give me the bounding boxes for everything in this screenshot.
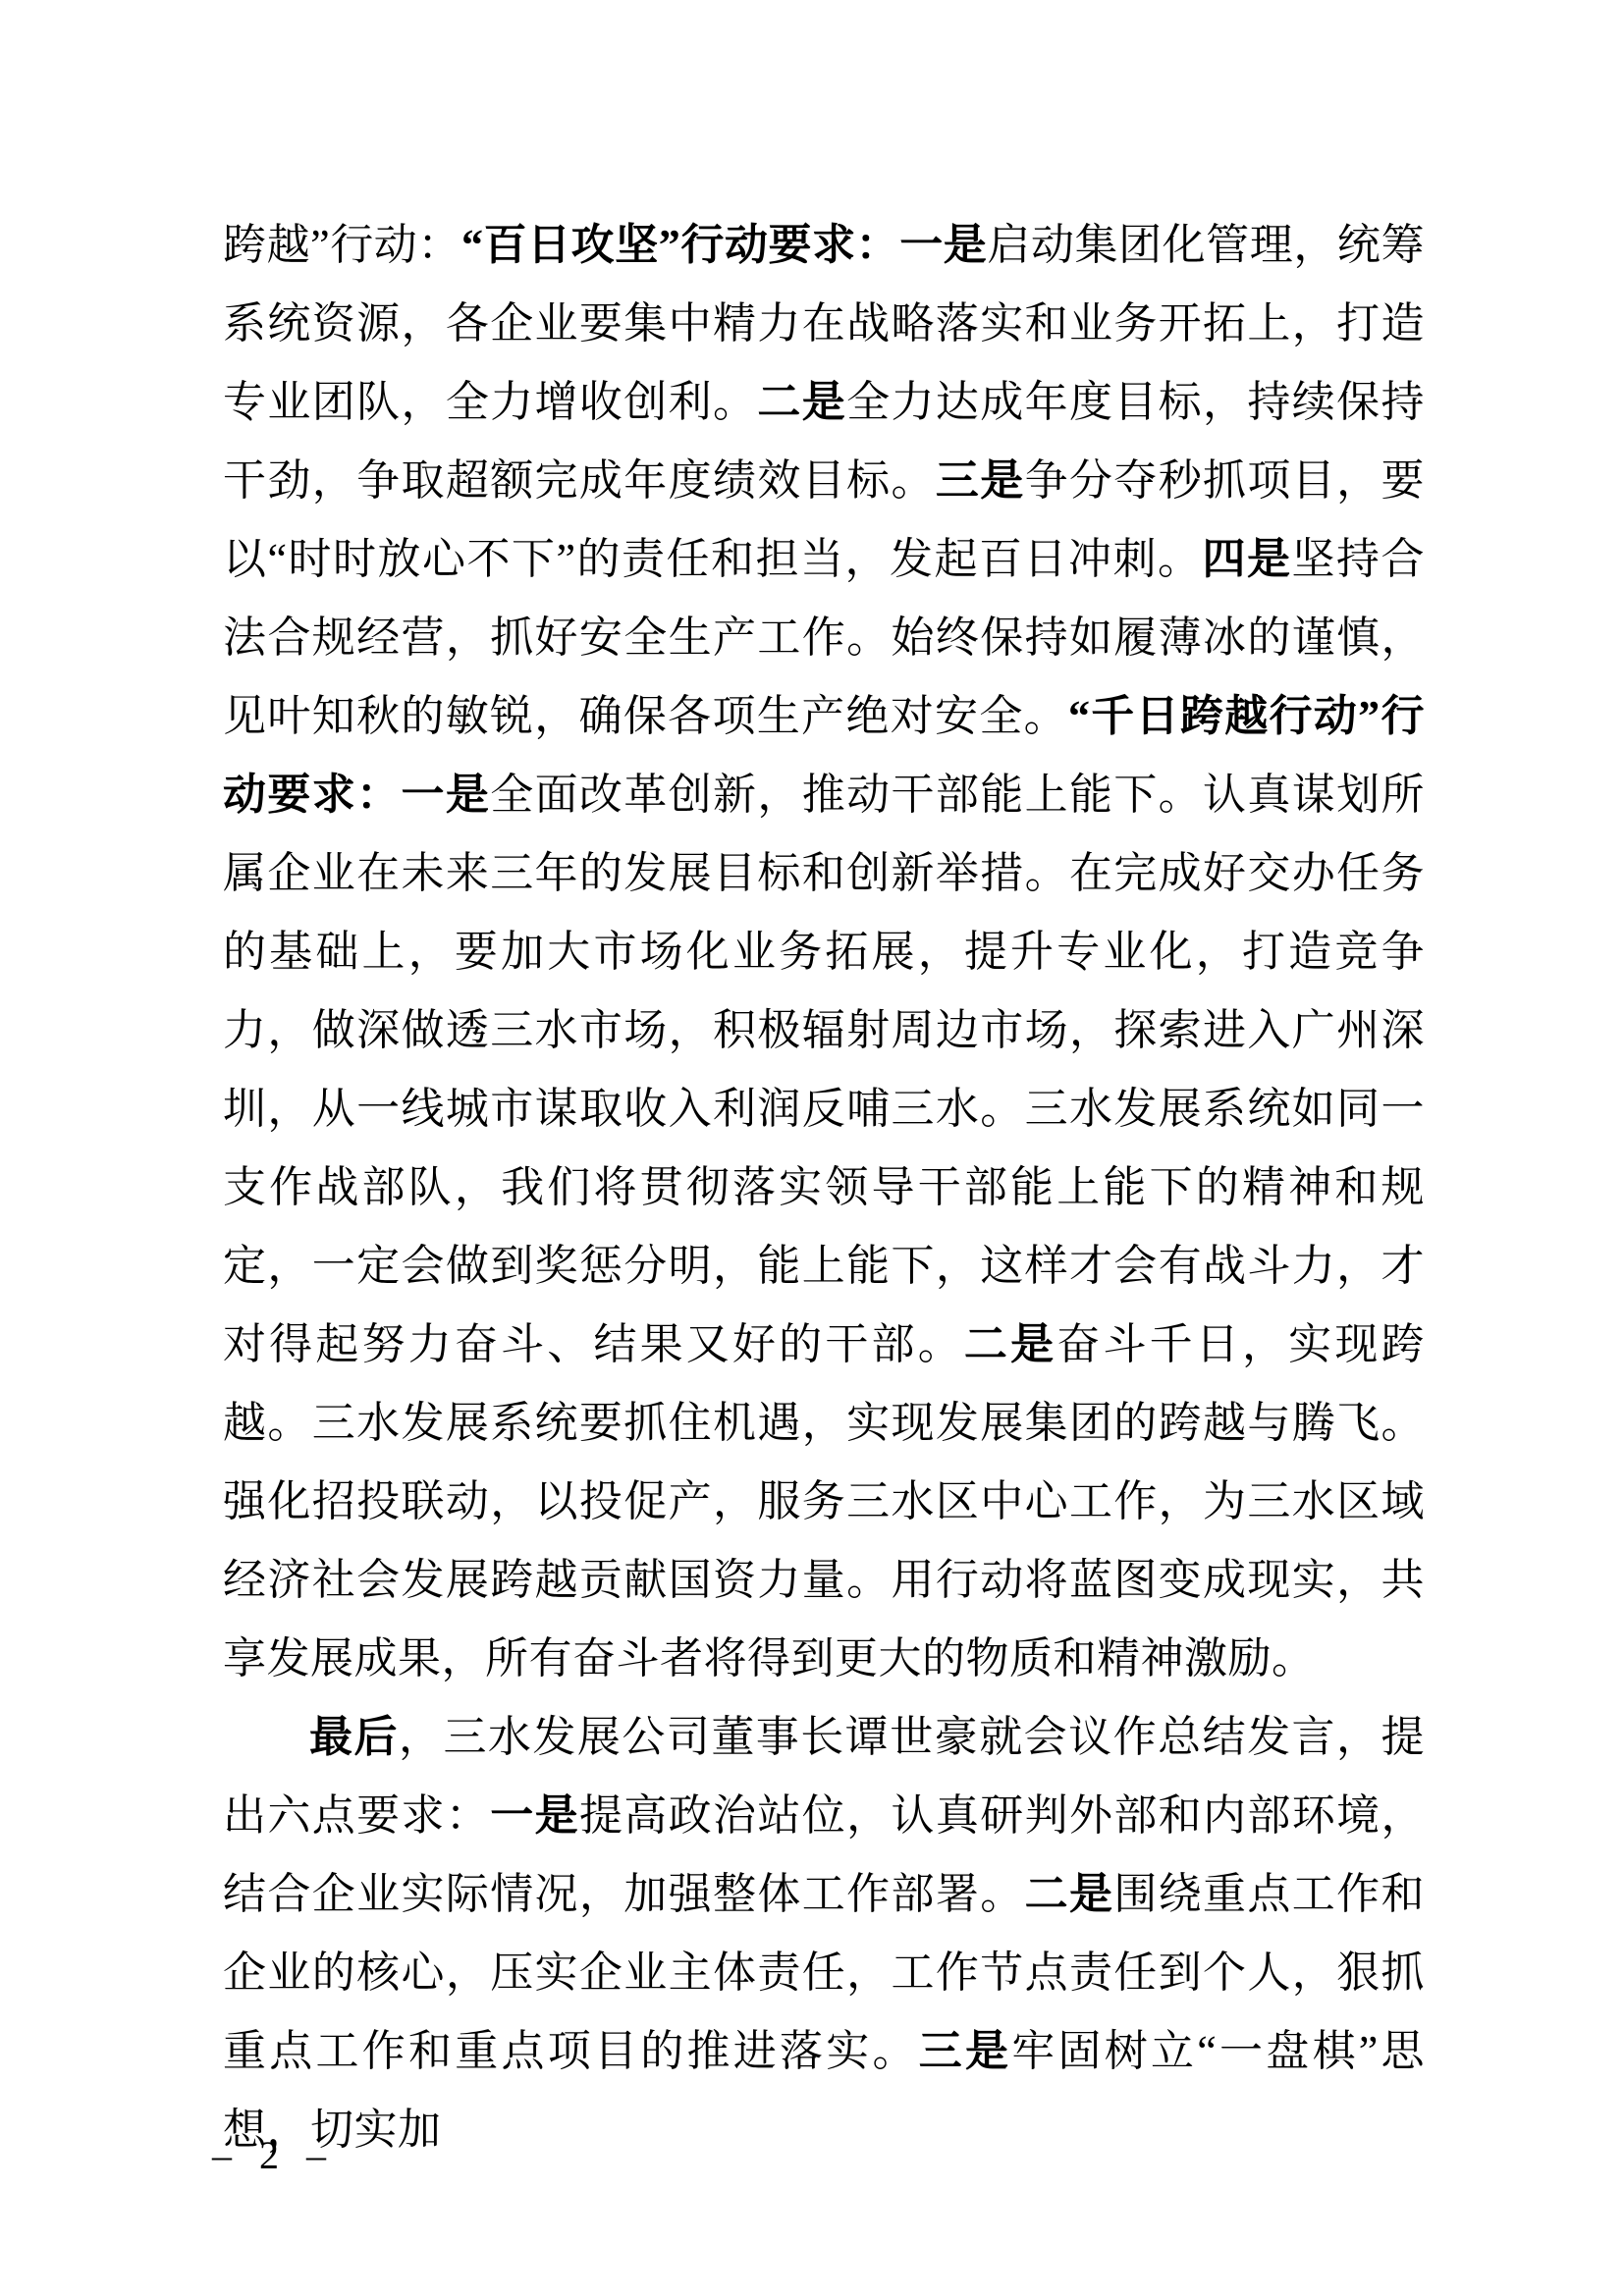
paragraph-2: 最后，三水发展公司董事长谭世豪就会议作总结发言，提出六点要求：一是提高政治站位，…: [223, 1698, 1425, 2169]
emphasis-run: 二是: [964, 1320, 1056, 1368]
text-run: 全面改革创新，推动干部能上能下。认真谋划所属企业在未来三年的发展目标和创新举措。…: [223, 771, 1425, 1368]
page-number: – 2 –: [212, 2132, 335, 2178]
document-page: 跨越”行动：“百日攻坚”行动要求：一是启动集团化管理，统筹系统资源，各企业要集中…: [0, 0, 1624, 2296]
text-run: 跨越”行动：: [223, 221, 461, 269]
paragraph-1: 跨越”行动：“百日攻坚”行动要求：一是启动集团化管理，统筹系统资源，各企业要集中…: [223, 206, 1425, 1698]
emphasis-run: 一是: [490, 1791, 579, 1840]
emphasis-run: 三是: [936, 456, 1025, 505]
emphasis-run: 二是: [757, 378, 846, 426]
emphasis-run: 二是: [1025, 1870, 1114, 1918]
emphasis-run: 三是: [919, 2027, 1012, 2075]
body-text: 跨越”行动：“百日攻坚”行动要求：一是启动集团化管理，统筹系统资源，各企业要集中…: [223, 206, 1425, 2169]
emphasis-run: 最后: [309, 1713, 399, 1761]
text-run: 奋斗千日，实现跨越。三水发展系统要抓住机遇，实现发展集团的跨越与腾飞。强化招投联…: [223, 1320, 1425, 1682]
emphasis-run: 四是: [1203, 535, 1292, 583]
emphasis-run: “百日攻坚”行动要求：一是: [461, 221, 987, 269]
